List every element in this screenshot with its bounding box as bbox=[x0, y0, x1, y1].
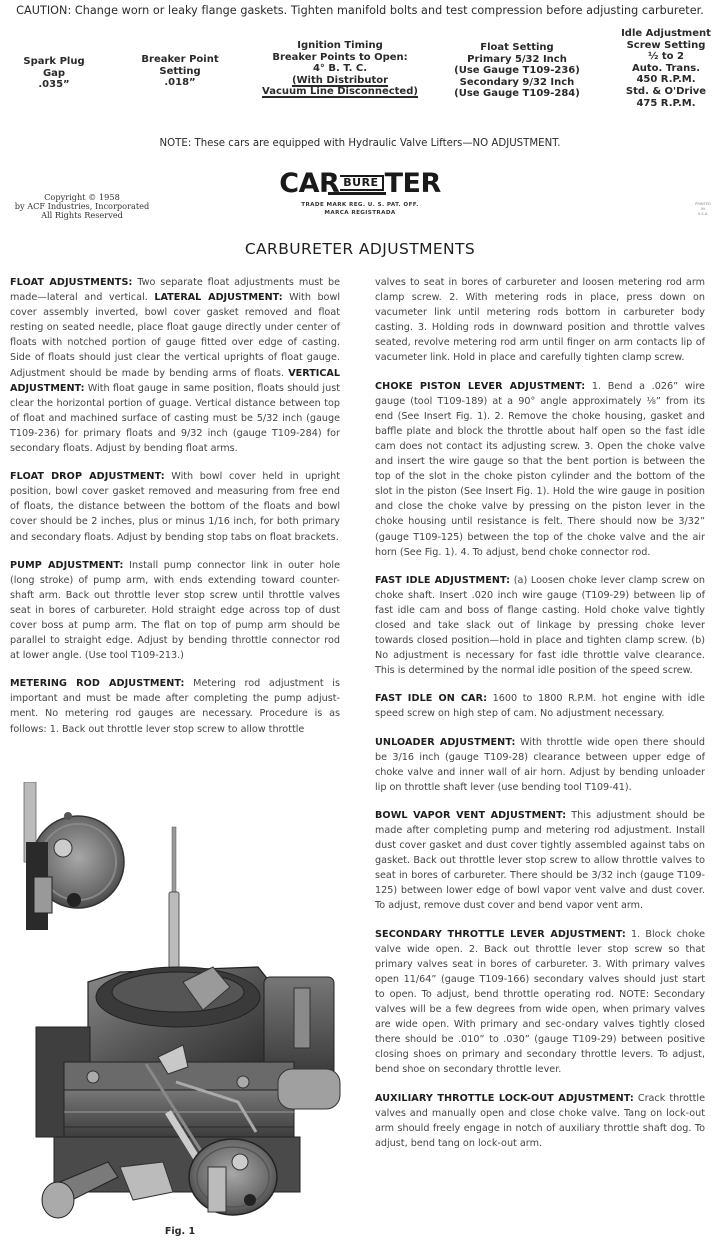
logo-wordmark: CARBURETER bbox=[279, 170, 440, 198]
carbureter-logo: CARBURETER TRADE MARK REG. U. S. PAT. OF… bbox=[270, 170, 450, 217]
spec-label: Auto. Trans. bbox=[616, 63, 716, 75]
section-float-drop-adjustment: FLOAT DROP ADJUSTMENT: With bowl cover h… bbox=[10, 469, 340, 544]
spec-value: .035” bbox=[14, 79, 94, 91]
section-unloader-adjustment: UNLOADER ADJUSTMENT: With throttle wide … bbox=[375, 735, 705, 795]
section-heading: CHOKE PISTON LEVER ADJUSTMENT: bbox=[375, 381, 585, 392]
spec-note: Vacuum Line Disconnected) bbox=[262, 86, 418, 97]
caution-banner: CAUTION: Change worn or leaky flange gas… bbox=[0, 4, 720, 17]
marca-registrada-text: MARCA REGISTRADA bbox=[270, 209, 450, 217]
section-text: With bowl cover assembly inverted, bowl … bbox=[10, 292, 340, 378]
spec-note: (Use Gauge T109-236) bbox=[452, 65, 582, 77]
spec-ignition-timing: Ignition Timing Breaker Points to Open: … bbox=[258, 40, 422, 98]
right-column: valves to seat in bores of carbureter an… bbox=[375, 275, 705, 1164]
section-auxiliary-throttle-lockout: AUXILIARY THROTTLE LOCK-OUT ADJUSTMENT: … bbox=[375, 1091, 705, 1151]
carbureter-body bbox=[36, 967, 340, 1192]
section-heading: AUXILIARY THROTTLE LOCK-OUT ADJUSTMENT: bbox=[375, 1093, 634, 1104]
spec-label: Idle Adjustment bbox=[616, 28, 716, 40]
spec-label: Std. & O'Drive bbox=[616, 86, 716, 98]
section-text: (a) Loosen choke lever clamp screw on ch… bbox=[375, 575, 705, 677]
spec-spark-plug-gap: Spark Plug Gap .035” bbox=[14, 56, 94, 91]
spec-label: Spark Plug bbox=[14, 56, 94, 68]
spec-float-setting: Float Setting Primary 5/32 Inch (Use Gau… bbox=[452, 42, 582, 100]
copyright-notice: Copyright © 1958 by ACF Industries, Inco… bbox=[0, 193, 164, 220]
spec-label: Float Setting bbox=[452, 42, 582, 54]
section-text: valves to seat in bores of carbureter an… bbox=[375, 277, 705, 363]
section-heading: BOWL VAPOR VENT ADJUSTMENT: bbox=[375, 810, 566, 821]
logo-bure: BURE bbox=[340, 175, 383, 191]
section-heading: FAST IDLE ON CAR: bbox=[375, 693, 487, 704]
section-bowl-vapor-vent: BOWL VAPOR VENT ADJUSTMENT: This adjustm… bbox=[375, 808, 705, 914]
subsection-heading: LATERAL ADJUSTMENT: bbox=[154, 292, 282, 303]
left-column: FLOAT ADJUSTMENTS: Two separate float ad… bbox=[10, 275, 340, 750]
carbureter-photo-figure bbox=[8, 782, 353, 1227]
spec-value: ½ to 2 bbox=[616, 51, 716, 63]
carbureter-illustration bbox=[8, 782, 353, 1227]
spec-value: 475 R.P.M. bbox=[616, 98, 716, 110]
section-choke-piston-lever: CHOKE PISTON LEVER ADJUSTMENT: 1. Bend a… bbox=[375, 379, 705, 560]
spec-label: Breaker Points to Open: bbox=[258, 52, 422, 64]
section-metering-rod-continued: valves to seat in bores of carbureter an… bbox=[375, 275, 705, 366]
spec-value: Primary 5/32 Inch bbox=[452, 54, 582, 66]
stamp-line: U.S.A. bbox=[690, 212, 716, 217]
section-float-adjustments: FLOAT ADJUSTMENTS: Two separate float ad… bbox=[10, 275, 340, 456]
section-heading: UNLOADER ADJUSTMENT: bbox=[375, 737, 515, 748]
figure-caption: Fig. 1 bbox=[0, 1226, 360, 1237]
section-metering-rod-adjustment: METERING ROD ADJUSTMENT: Metering rod ad… bbox=[10, 676, 340, 736]
spec-label: Ignition Timing bbox=[258, 40, 422, 52]
spec-label: Screw Setting bbox=[616, 40, 716, 52]
section-secondary-throttle-lever: SECONDARY THROTTLE LEVER ADJUSTMENT: 1. … bbox=[375, 927, 705, 1078]
spec-note: (Use Gauge T109-284) bbox=[452, 88, 582, 100]
section-heading: FAST IDLE ADJUSTMENT: bbox=[375, 575, 510, 586]
spec-value: Secondary 9/32 Inch bbox=[452, 77, 582, 89]
printed-in-usa-stamp: PRINTED IN U.S.A. bbox=[690, 202, 716, 217]
logo-ter: TER bbox=[385, 170, 441, 198]
hydraulic-lifters-note: NOTE: These cars are equipped with Hydra… bbox=[0, 138, 720, 149]
spec-value: 4° B. T. C. bbox=[258, 63, 422, 75]
section-text: Install pump connector link in outer hol… bbox=[10, 560, 340, 662]
spec-label: Gap bbox=[14, 68, 94, 80]
spec-idle-adjustment: Idle Adjustment Screw Setting ½ to 2 Aut… bbox=[616, 28, 716, 109]
section-heading: SECONDARY THROTTLE LEVER ADJUSTMENT: bbox=[375, 929, 626, 940]
page-title: CARBURETER ADJUSTMENTS bbox=[0, 240, 720, 258]
spec-table: Spark Plug Gap .035” Breaker Point Setti… bbox=[0, 24, 720, 124]
trademark-text: TRADE MARK REG. U. S. PAT. OFF. bbox=[270, 201, 450, 209]
section-heading: PUMP ADJUSTMENT: bbox=[10, 560, 123, 571]
spec-note: (With Distributor bbox=[292, 75, 388, 86]
section-text: 1. Block choke valve wide open. 2. Back … bbox=[375, 929, 705, 1076]
section-heading: FLOAT DROP ADJUSTMENT: bbox=[10, 471, 165, 482]
spec-label: Breaker Point bbox=[135, 54, 225, 66]
spec-value: .018” bbox=[135, 77, 225, 89]
spec-breaker-point: Breaker Point Setting .018” bbox=[135, 54, 225, 89]
section-fast-idle-on-car: FAST IDLE ON CAR: 1600 to 1800 R.P.M. ho… bbox=[375, 691, 705, 721]
copyright-line: All Rights Reserved bbox=[0, 211, 164, 220]
section-pump-adjustment: PUMP ADJUSTMENT: Install pump connector … bbox=[10, 558, 340, 664]
section-heading: FLOAT ADJUSTMENTS: bbox=[10, 277, 132, 288]
section-text: 1. Bend a .026” wire gauge (tool T109-18… bbox=[375, 381, 705, 558]
section-fast-idle-adjustment: FAST IDLE ADJUSTMENT: (a) Loosen choke l… bbox=[375, 573, 705, 679]
section-heading: METERING ROD ADJUSTMENT: bbox=[10, 678, 185, 689]
spec-label: Setting bbox=[135, 66, 225, 78]
spec-value: 450 R.P.M. bbox=[616, 74, 716, 86]
section-text: This adjustment should be made after com… bbox=[375, 810, 705, 912]
choke-housing-insert bbox=[24, 782, 124, 930]
